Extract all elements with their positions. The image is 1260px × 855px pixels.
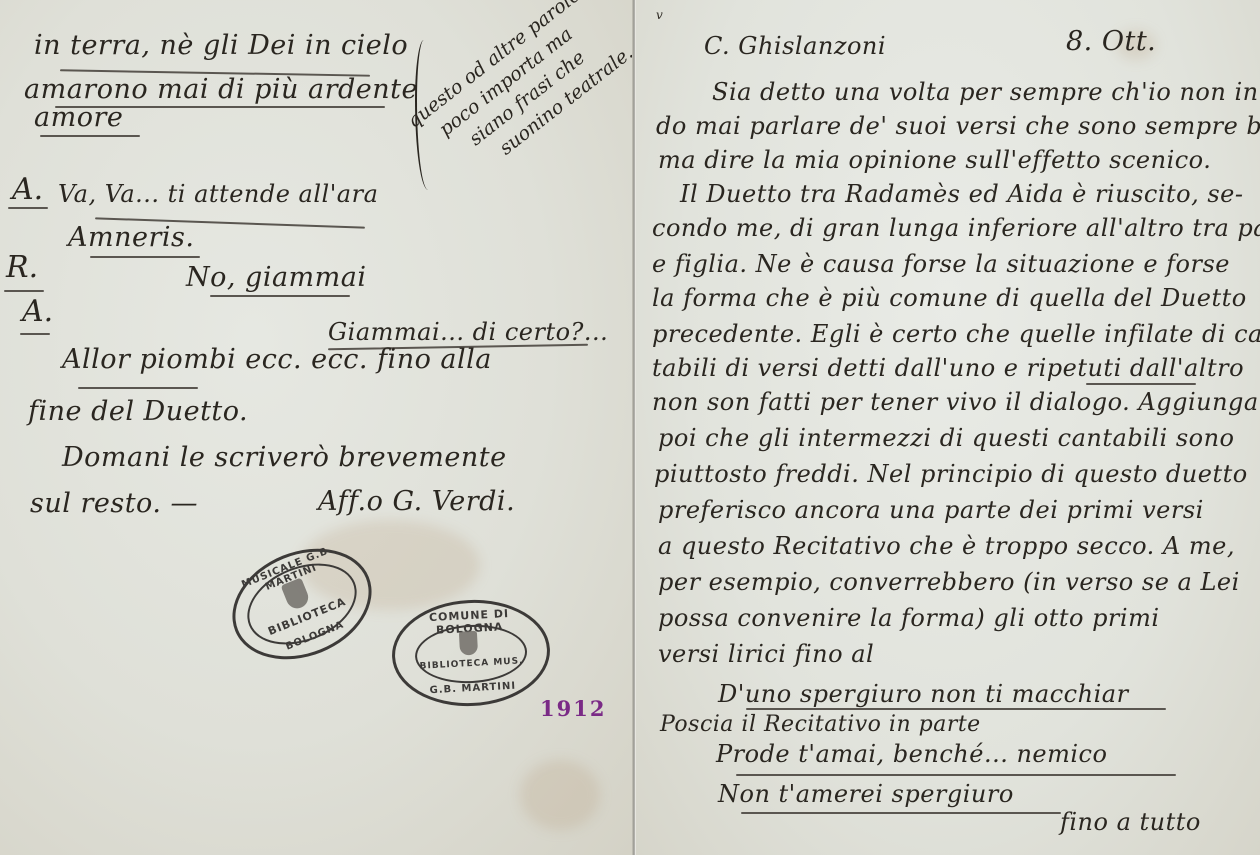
speaker-label: A.: [12, 172, 43, 207]
underline: [78, 387, 198, 389]
quoted-verse-2: Prode t'amai, benché... nemico: [716, 740, 1107, 768]
salutation: C. Ghislanzoni: [704, 32, 886, 60]
coat-of-arms-icon: [459, 631, 478, 656]
left-line-8: Allor piombi ecc. ecc. fino alla: [62, 344, 492, 375]
right-line-1: Sia detto una volta per sempre ch'io non…: [712, 78, 1260, 106]
manuscript-spread: in terra, nè gli Dei in cielo amarono ma…: [0, 0, 1260, 855]
underline: [741, 812, 1061, 814]
right-line-12: piuttosto freddi. Nel principio di quest…: [654, 460, 1248, 488]
left-line-10: Domani le scriverò brevemente: [62, 442, 507, 473]
right-line-3: ma dire la mia opinione sull'effetto sce…: [658, 146, 1211, 174]
left-line-6: No, giammai: [186, 262, 367, 293]
corner-mark: v: [656, 8, 663, 22]
quoted-verse-1: D'uno spergiuro non ti macchiar: [718, 680, 1129, 708]
shelfmark-number: 1912: [540, 696, 606, 721]
right-line-15: per esempio, converrebbero (in verso se …: [658, 568, 1240, 596]
left-line-7: Giammai... di certo?...: [328, 318, 608, 346]
left-line-1: in terra, nè gli Dei in cielo: [34, 30, 408, 61]
underline: [1086, 383, 1196, 385]
speaker-label: R.: [6, 250, 38, 285]
speaker-label: A.: [22, 294, 53, 329]
underline: [20, 333, 50, 335]
right-line-6: e figlia. Ne è causa forse la situazione…: [652, 250, 1230, 278]
left-line-4: Va, Va... ti attende all'ara: [58, 180, 378, 208]
right-line-16: possa convenire la forma) gli otto primi: [658, 604, 1160, 632]
paper-stain: [520, 760, 600, 830]
right-line-8: precedente. Egli è certo che quelle infi…: [652, 320, 1260, 348]
right-page: v C. Ghislanzoni 8. Ott. Sia detto una v…: [636, 0, 1260, 855]
underline: [736, 774, 1176, 776]
underline: [210, 295, 350, 297]
right-line-13: preferisco ancora una parte dei primi ve…: [658, 496, 1204, 524]
left-line-11: sul resto. —: [30, 488, 198, 519]
right-line-22: fino a tutto: [1060, 808, 1201, 836]
left-line-5: Amneris.: [68, 222, 194, 253]
signature: Aff.o G. Verdi.: [318, 486, 515, 517]
underline: [746, 708, 1166, 710]
right-line-11: poi che gli intermezzi di questi cantabi…: [658, 424, 1235, 452]
left-line-9: fine del Duetto.: [28, 396, 248, 427]
left-line-3: amore: [34, 102, 123, 133]
quoted-verse-3: Non t'amerei spergiuro: [718, 780, 1014, 808]
left-line-2: amarono mai di più ardente: [24, 74, 418, 105]
margin-note: questo od altre parole poco importa ma s…: [360, 0, 582, 129]
right-line-7: la forma che è più comune di quella del …: [652, 284, 1247, 312]
left-page: in terra, nè gli Dei in cielo amarono ma…: [0, 0, 633, 855]
underline: [90, 256, 200, 258]
library-stamp-comune: COMUNE DI BOLOGNA BIBLIOTECA MUS. G.B. M…: [389, 596, 552, 710]
right-line-5: condo me, di gran lunga inferiore all'al…: [652, 214, 1260, 242]
right-line-10: non son fatti per tener vivo il dialogo.…: [652, 388, 1259, 416]
underline: [4, 290, 44, 292]
right-line-4: Il Duetto tra Radamès ed Aida è riuscito…: [680, 180, 1243, 208]
underline: [8, 207, 48, 209]
right-line-2: do mai parlare de' suoi versi che sono s…: [656, 112, 1260, 140]
right-line-14: a questo Recitativo che è troppo secco. …: [658, 532, 1235, 560]
letter-date: 8. Ott.: [1066, 26, 1156, 57]
right-line-19: Poscia il Recitativo in parte: [660, 712, 981, 737]
underline: [40, 135, 140, 137]
right-line-17: versi lirici fino al: [658, 640, 874, 668]
right-line-9: tabili di versi detti dall'uno e ripetut…: [652, 354, 1244, 382]
